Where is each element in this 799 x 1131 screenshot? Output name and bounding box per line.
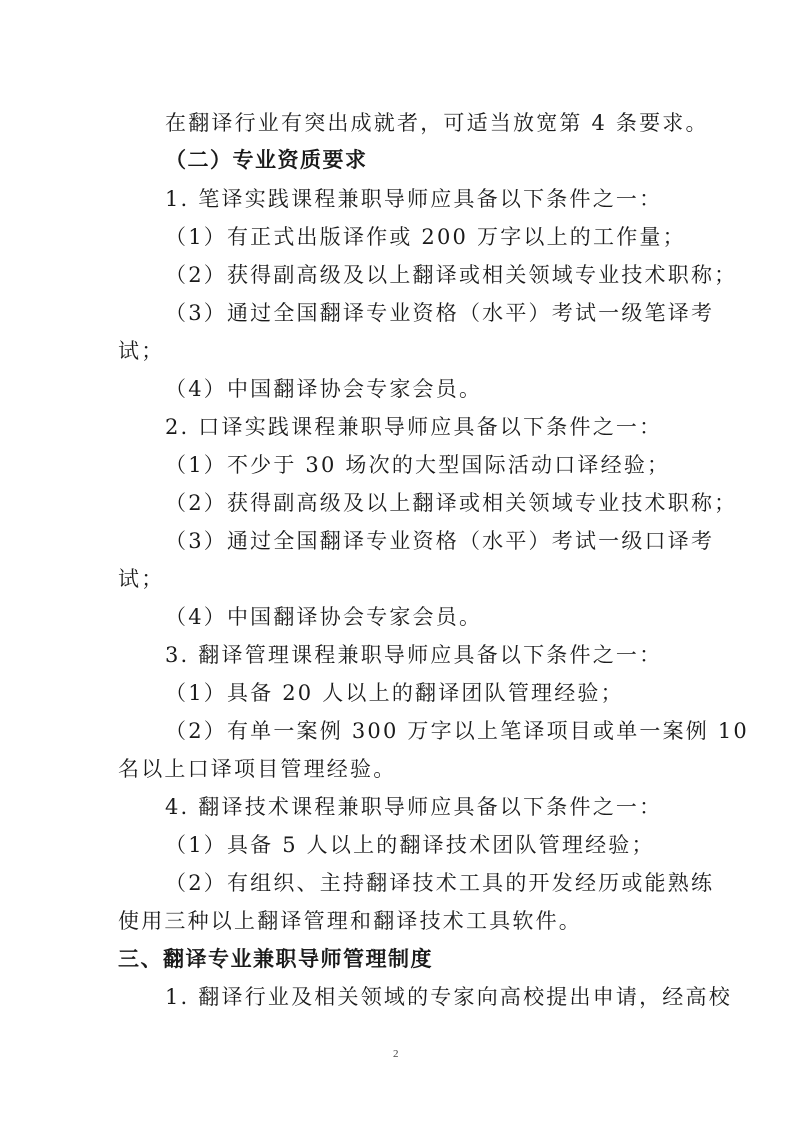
list-item-continuation: 名以上口译项目管理经验。 [118,756,396,782]
paragraph-line: 在翻译行业有突出成就者，可适当放宽第 4 条要求。 [165,110,709,136]
list-item: （3）通过全国翻译专业资格（水平）考试一级口译考 [165,528,714,554]
list-item-continuation: 试； [118,566,164,592]
list-item-continuation: 使用三种以上翻译管理和翻译技术工具软件。 [118,908,582,934]
list-item: （4）中国翻译协会专家会员。 [165,604,482,630]
list-item: （4）中国翻译协会专家会员。 [165,376,482,402]
list-item: （1）具备 20 人以上的翻译团队管理经验； [165,680,624,706]
list-item: （2）有单一案例 300 万字以上笔译项目或单一案例 10 [165,718,749,744]
list-heading: 2. 口译实践课程兼职导师应具备以下条件之一： [165,414,662,440]
list-item: （3）通过全国翻译专业资格（水平）考试一级笔译考 [165,300,714,326]
paragraph-line: 1. 翻译行业及相关领域的专家向高校提出申请，经高校 [165,984,732,1010]
list-item: （1）不少于 30 场次的大型国际活动口译经验； [165,452,670,478]
section-heading: 三、翻译专业兼职导师管理制度 [118,946,433,972]
section-heading: （二）专业资质要求 [165,147,368,173]
list-item: （2）获得副高级及以上翻译或相关领域专业技术职称； [165,490,737,516]
list-item-continuation: 试； [118,338,164,364]
list-item: （2）获得副高级及以上翻译或相关领域专业技术职称； [165,262,737,288]
list-item: （2）有组织、主持翻译技术工具的开发经历或能熟练 [165,870,714,896]
list-item: （1）有正式出版译作或 200 万字以上的工作量； [165,224,686,250]
list-item: （1）具备 5 人以上的翻译技术团队管理经验； [165,832,655,858]
page-number: 2 [393,1048,399,1060]
list-heading: 1. 笔译实践课程兼职导师应具备以下条件之一： [165,186,662,212]
list-heading: 4. 翻译技术课程兼职导师应具备以下条件之一： [165,794,662,820]
list-heading: 3. 翻译管理课程兼职导师应具备以下条件之一： [165,642,662,668]
